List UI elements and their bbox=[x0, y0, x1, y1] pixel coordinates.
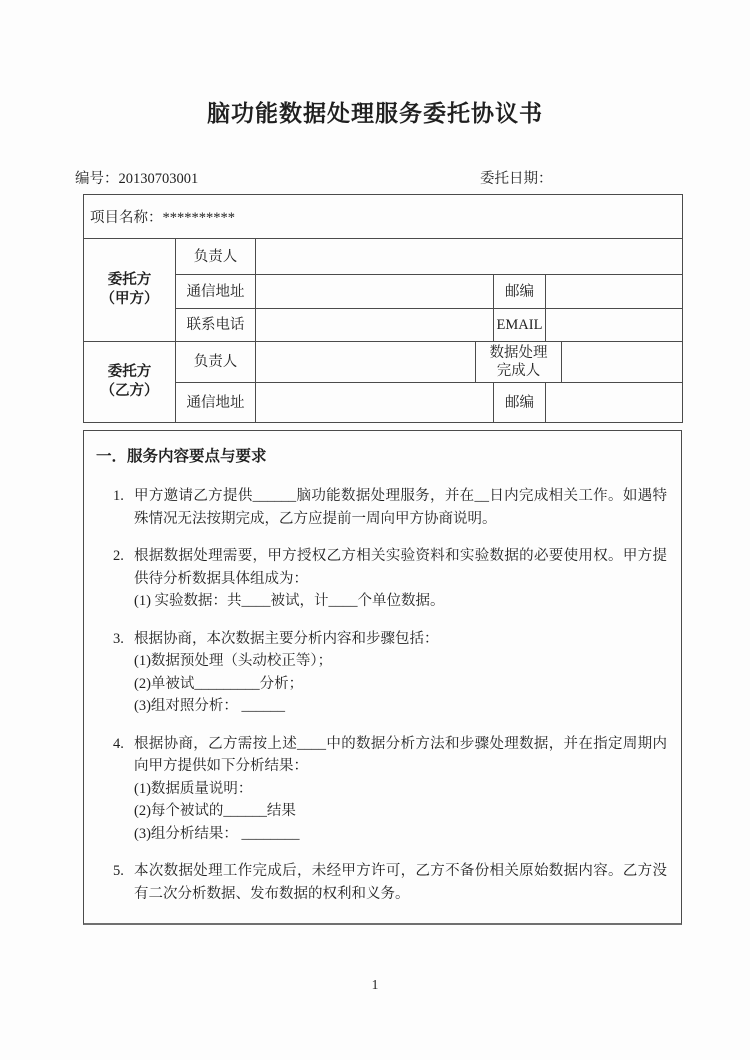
party-b-header-line2: （乙方） bbox=[101, 383, 159, 399]
term-item-3-text: 根据协商，本次数据主要分析内容和步骤包括： bbox=[134, 628, 667, 651]
commission-date-label: 委托日期： bbox=[480, 167, 553, 188]
term-item-3-body: 根据协商，本次数据主要分析内容和步骤包括： (1)数据预处理（头动校正等）； (… bbox=[134, 628, 667, 718]
term-item-4-number: 4. bbox=[113, 733, 134, 846]
party-a-manager-value-cell bbox=[256, 239, 683, 275]
document-page: 脑功能数据处理服务委托协议书 编号：20130703001 委托日期： 项目名称… bbox=[0, 0, 750, 1060]
project-name-row: 项目名称：********** bbox=[84, 195, 683, 239]
page-title: 脑功能数据处理服务委托协议书 bbox=[0, 0, 750, 129]
term-item-4: 4. 根据协商，乙方需按上述____中的数据分析方法和步骤处理数据，并在指定周期… bbox=[113, 733, 667, 846]
party-b-zip-label: 邮编 bbox=[494, 383, 546, 423]
party-a-email-value-cell bbox=[546, 309, 683, 342]
term-item-5-body: 本次数据处理工作完成后，未经甲方许可，乙方不备份相关原始数据内容。乙方没有二次分… bbox=[134, 860, 667, 905]
doc-number-value: 20130703001 bbox=[119, 171, 199, 187]
party-b-manager-label: 负责人 bbox=[176, 342, 256, 383]
party-a-phone-label: 联系电话 bbox=[176, 309, 256, 342]
term-item-3-number: 3. bbox=[113, 628, 134, 718]
term-item-1-text: 甲方邀请乙方提供______脑功能数据处理服务，并在__日内完成相关工作。如遇特… bbox=[134, 485, 667, 530]
project-name-cell: 项目名称：********** bbox=[84, 195, 683, 239]
term-item-2-subitem-1: (1) 实验数据：共____被试，计____个单位数据。 bbox=[134, 590, 667, 613]
project-name-label: 项目名称： bbox=[90, 210, 163, 226]
parties-info-table: 项目名称：********** 委托方 （甲方） 负责人 通信地址 邮编 联系电… bbox=[83, 194, 683, 423]
party-a-manager-row: 委托方 （甲方） 负责人 bbox=[84, 239, 683, 275]
term-item-3-subitem-3: (3)组对照分析： ______ bbox=[134, 695, 667, 718]
party-b-address-value-cell bbox=[256, 383, 494, 423]
term-item-4-subitem-3: (3)组分析结果： ________ bbox=[134, 823, 667, 846]
term-item-3-subitem-2: (2)单被试_________分析； bbox=[134, 673, 667, 696]
party-a-header-line1: 委托方 bbox=[108, 272, 152, 288]
term-item-4-body: 根据协商，乙方需按上述____中的数据分析方法和步骤处理数据，并在指定周期内向甲… bbox=[134, 733, 667, 846]
term-item-1-number: 1. bbox=[113, 485, 134, 530]
party-b-manager-row: 委托方 （乙方） 负责人 数据处理 完成人 bbox=[84, 342, 683, 383]
party-b-zip-value-cell bbox=[546, 383, 683, 423]
term-item-4-subitem-2: (2)每个被试的______结果 bbox=[134, 800, 667, 823]
party-b-address-label: 通信地址 bbox=[176, 383, 256, 423]
term-item-2: 2. 根据数据处理需要，甲方授权乙方相关实验资料和实验数据的必要使用权。甲方提供… bbox=[113, 545, 667, 613]
term-item-3: 3. 根据协商，本次数据主要分析内容和步骤包括： (1)数据预处理（头动校正等）… bbox=[113, 628, 667, 718]
party-b-header-line1: 委托方 bbox=[108, 364, 152, 380]
data-processor-label-line2: 完成人 bbox=[497, 363, 541, 379]
data-processor-value-cell bbox=[562, 342, 683, 383]
term-item-5-number: 5. bbox=[113, 860, 134, 905]
party-a-email-label: EMAIL bbox=[494, 309, 546, 342]
page-number: 1 bbox=[0, 977, 750, 993]
term-item-2-body: 根据数据处理需要，甲方授权乙方相关实验资料和实验数据的必要使用权。甲方提供待分析… bbox=[134, 545, 667, 613]
party-a-address-value-cell bbox=[256, 275, 494, 309]
party-a-zip-label: 邮编 bbox=[494, 275, 546, 309]
term-item-3-subitem-1: (1)数据预处理（头动校正等）； bbox=[134, 650, 667, 673]
doc-number: 编号：20130703001 bbox=[75, 171, 198, 187]
project-name-value: ********** bbox=[163, 210, 236, 226]
service-terms-box: 一．服务内容要点与要求 1. 甲方邀请乙方提供______脑功能数据处理服务，并… bbox=[83, 430, 682, 925]
party-b-header: 委托方 （乙方） bbox=[84, 342, 176, 423]
party-a-address-label: 通信地址 bbox=[176, 275, 256, 309]
party-a-header: 委托方 （甲方） bbox=[84, 239, 176, 342]
section-heading: 一．服务内容要点与要求 bbox=[96, 446, 667, 468]
data-processor-label: 数据处理 完成人 bbox=[476, 342, 562, 383]
term-item-5-text: 本次数据处理工作完成后，未经甲方许可，乙方不备份相关原始数据内容。乙方没有二次分… bbox=[134, 860, 667, 905]
term-item-4-text: 根据协商，乙方需按上述____中的数据分析方法和步骤处理数据，并在指定周期内向甲… bbox=[134, 733, 667, 778]
term-item-4-subitem-1: (1)数据质量说明： bbox=[134, 778, 667, 801]
party-a-header-line2: （甲方） bbox=[101, 291, 159, 307]
data-processor-label-line1: 数据处理 bbox=[490, 345, 548, 361]
term-item-1-body: 甲方邀请乙方提供______脑功能数据处理服务，并在__日内完成相关工作。如遇特… bbox=[134, 485, 667, 530]
party-a-manager-label: 负责人 bbox=[176, 239, 256, 275]
term-item-5: 5. 本次数据处理工作完成后，未经甲方许可，乙方不备份相关原始数据内容。乙方没有… bbox=[113, 860, 667, 905]
term-item-1: 1. 甲方邀请乙方提供______脑功能数据处理服务，并在__日内完成相关工作。… bbox=[113, 485, 667, 530]
term-item-2-number: 2. bbox=[113, 545, 134, 613]
doc-number-label: 编号： bbox=[75, 171, 119, 187]
doc-meta-row: 编号：20130703001 委托日期： bbox=[75, 167, 682, 189]
party-b-manager-value-cell bbox=[256, 342, 476, 383]
party-a-phone-value-cell bbox=[256, 309, 494, 342]
party-a-zip-value-cell bbox=[546, 275, 683, 309]
term-item-2-text: 根据数据处理需要，甲方授权乙方相关实验资料和实验数据的必要使用权。甲方提供待分析… bbox=[134, 545, 667, 590]
